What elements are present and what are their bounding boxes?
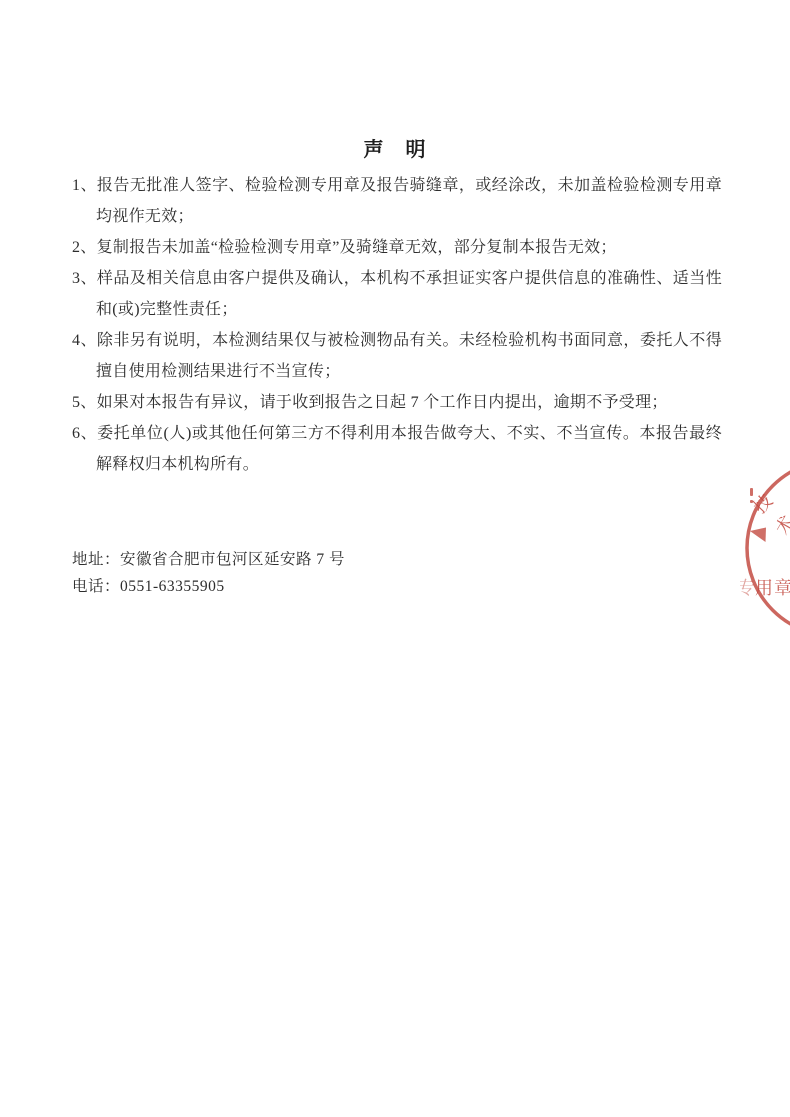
seal-bottom-text: 用章 [755,578,790,598]
seal-bottom-char: 专 [740,578,755,598]
contact-block: 地址：安徽省合肥市包河区延安路 7 号 电话：0551-63355905 [72,546,345,600]
seal-arc-char: 技 [750,491,777,518]
address-line: 地址：安徽省合肥市包河区延安路 7 号 [72,546,345,573]
statement-text: 报告无批准人签字、检验检测专用章及报告骑缝章，或经涂改，未加盖检验检测专用章均视… [96,177,722,225]
statement-item-3: 3、样品及相关信息由客户提供及确认，本机构不承担证实客户提供信息的准确性、适当性… [72,263,722,325]
statement-number: 1、 [72,177,97,194]
statement-text: 除非另有说明，本检测结果仅与被检测物品有关。未经检验机构书面同意，委托人不得擅自… [96,332,722,380]
seal-star-point [750,528,766,543]
seal-ring [747,460,790,636]
statement-text: 样品及相关信息由客户提供及确认，本机构不承担证实客户提供信息的准确性、适当性和(… [96,270,722,318]
phone-value: 0551-63355905 [120,578,225,595]
page-title: 声 明 [0,133,790,162]
statement-text: 复制报告未加盖“检验检测专用章”及骑缝章无效，部分复制本报告无效； [97,239,617,256]
statement-item-1: 1、报告无批准人签字、检验检测专用章及报告骑缝章，或经涂改，未加盖检验检测专用章… [72,170,722,232]
seal-char-fragment [750,488,753,496]
address-label: 地址： [72,551,120,568]
statement-text: 委托单位(人)或其他任何第三方不得利用本报告做夸大、不实、不当宣传。本报告最终解… [96,425,722,473]
statement-number: 4、 [72,332,97,349]
statement-list: 1、报告无批准人签字、检验检测专用章及报告骑缝章，或经涂改，未加盖检验检测专用章… [72,170,722,480]
statement-text: 如果对本报告有异议，请于收到报告之日起 7 个工作日内提出，逾期不予受理； [97,394,668,411]
phone-label: 电话： [72,578,120,595]
statement-number: 5、 [72,394,97,411]
statement-item-4: 4、除非另有说明，本检测结果仅与被检测物品有关。未经检验机构书面同意，委托人不得… [72,325,722,387]
phone-line: 电话：0551-63355905 [72,573,345,600]
address-value: 安徽省合肥市包河区延安路 7 号 [120,551,345,568]
red-seal-stamp: 技 术 专 用章 [740,450,790,650]
seal-char-fragment [750,500,753,503]
document-page: 声 明 1、报告无批准人签字、检验检测专用章及报告骑缝章，或经涂改，未加盖检验检… [0,0,790,1117]
statement-item-5: 5、如果对本报告有异议，请于收到报告之日起 7 个工作日内提出，逾期不予受理； [72,387,722,418]
statement-item-2: 2、复制报告未加盖“检验检测专用章”及骑缝章无效，部分复制本报告无效； [72,232,722,263]
seal-arc-char: 术 [772,512,790,538]
statement-item-6: 6、委托单位(人)或其他任何第三方不得利用本报告做夸大、不实、不当宣传。本报告最… [72,418,722,480]
statement-number: 2、 [72,239,97,256]
statement-number: 6、 [72,425,97,442]
statement-number: 3、 [72,270,97,287]
